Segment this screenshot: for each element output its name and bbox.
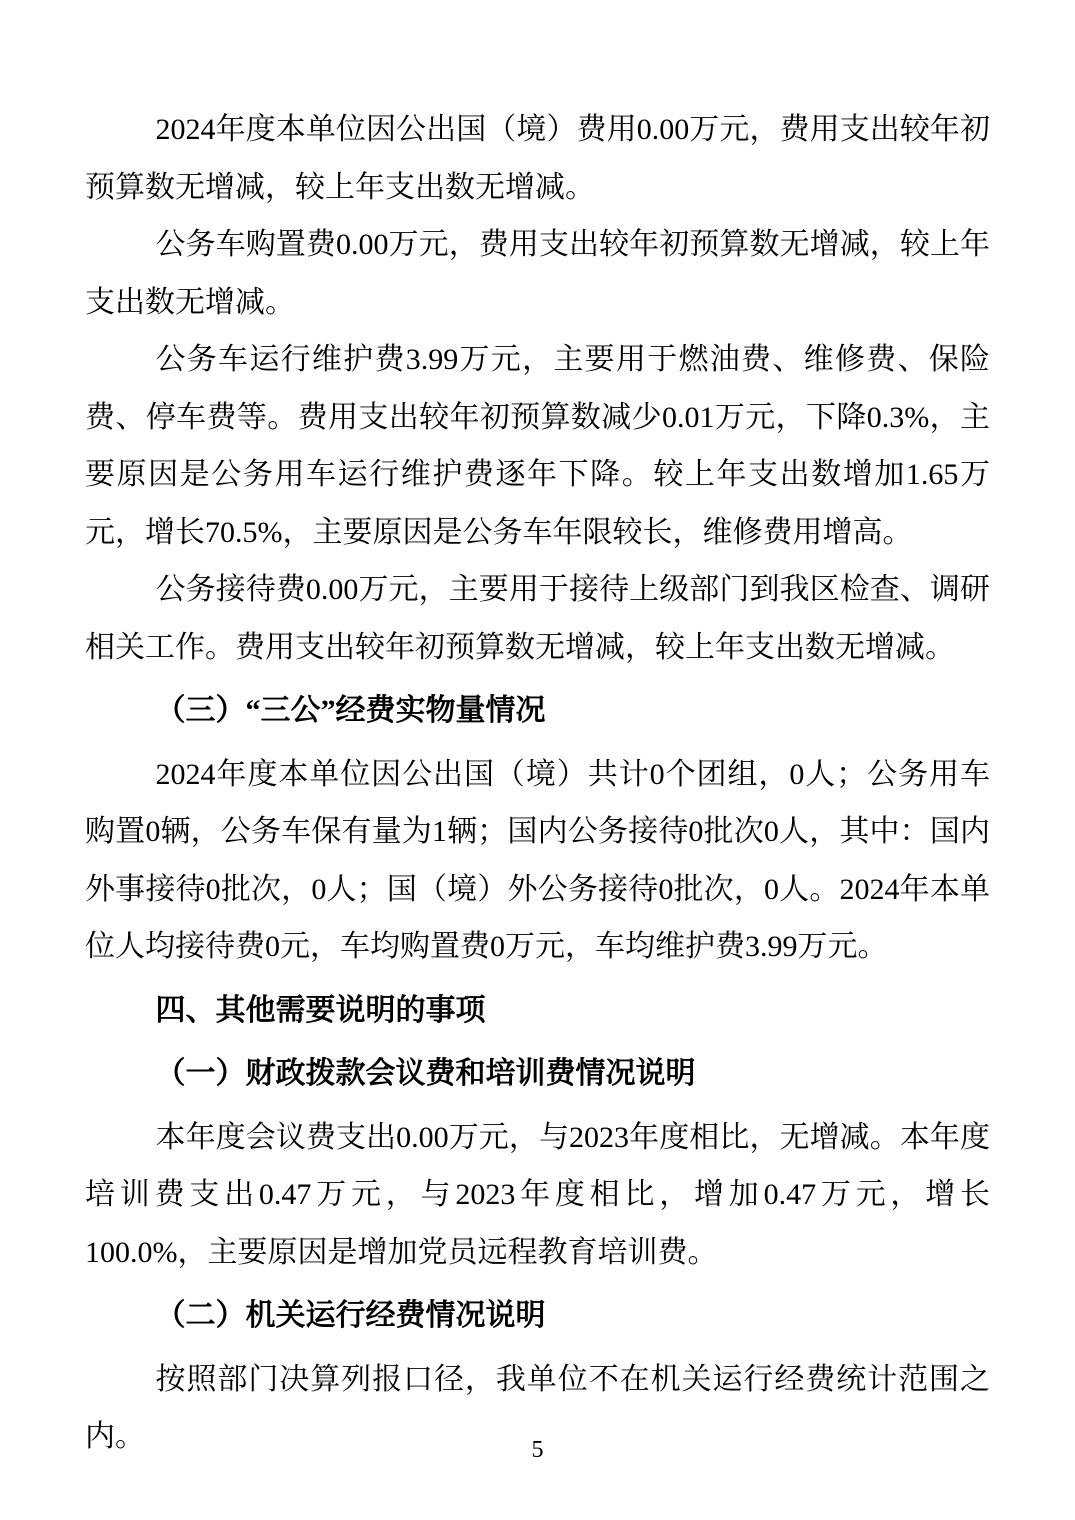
paragraph-official-reception-expense: 公务接待费0.00万元，主要用于接待上级部门到我区检查、调研相关工作。费用支出较…: [85, 561, 990, 676]
heading-three-public-physical-quantity: （三）“三公”经费实物量情况: [85, 682, 990, 740]
paragraph-meeting-training-fee-detail: 本年度会议费支出0.00万元，与2023年度相比，无增减。本年度培训费支出0.4…: [85, 1109, 990, 1282]
paragraph-vehicle-purchase-expense: 公务车购置费0.00万元，费用支出较年初预算数无增减，较上年支出数无增减。: [85, 216, 990, 331]
document-body: 2024年度本单位因公出国（境）费用0.00万元，费用支出较年初预算数无增减，较…: [85, 101, 990, 1466]
paragraph-overseas-travel-expense: 2024年度本单位因公出国（境）费用0.00万元，费用支出较年初预算数无增减，较…: [85, 101, 990, 216]
document-page: 2024年度本单位因公出国（境）费用0.00万元，费用支出较年初预算数无增减，较…: [0, 0, 1075, 1520]
page-number: 5: [0, 1435, 1075, 1465]
heading-meeting-training-fee: （一）财政拨款会议费和培训费情况说明: [85, 1045, 990, 1103]
paragraph-physical-quantity-detail: 2024年度本单位因公出国（境）共计0个团组，0人；公务用车购置0辆，公务车保有…: [85, 746, 990, 976]
heading-other-matters: 四、其他需要说明的事项: [85, 982, 990, 1040]
heading-operating-expense: （二）机关运行经费情况说明: [85, 1287, 990, 1345]
paragraph-vehicle-maintenance-expense: 公务车运行维护费3.99万元，主要用于燃油费、维修费、保险费、停车费等。费用支出…: [85, 331, 990, 561]
